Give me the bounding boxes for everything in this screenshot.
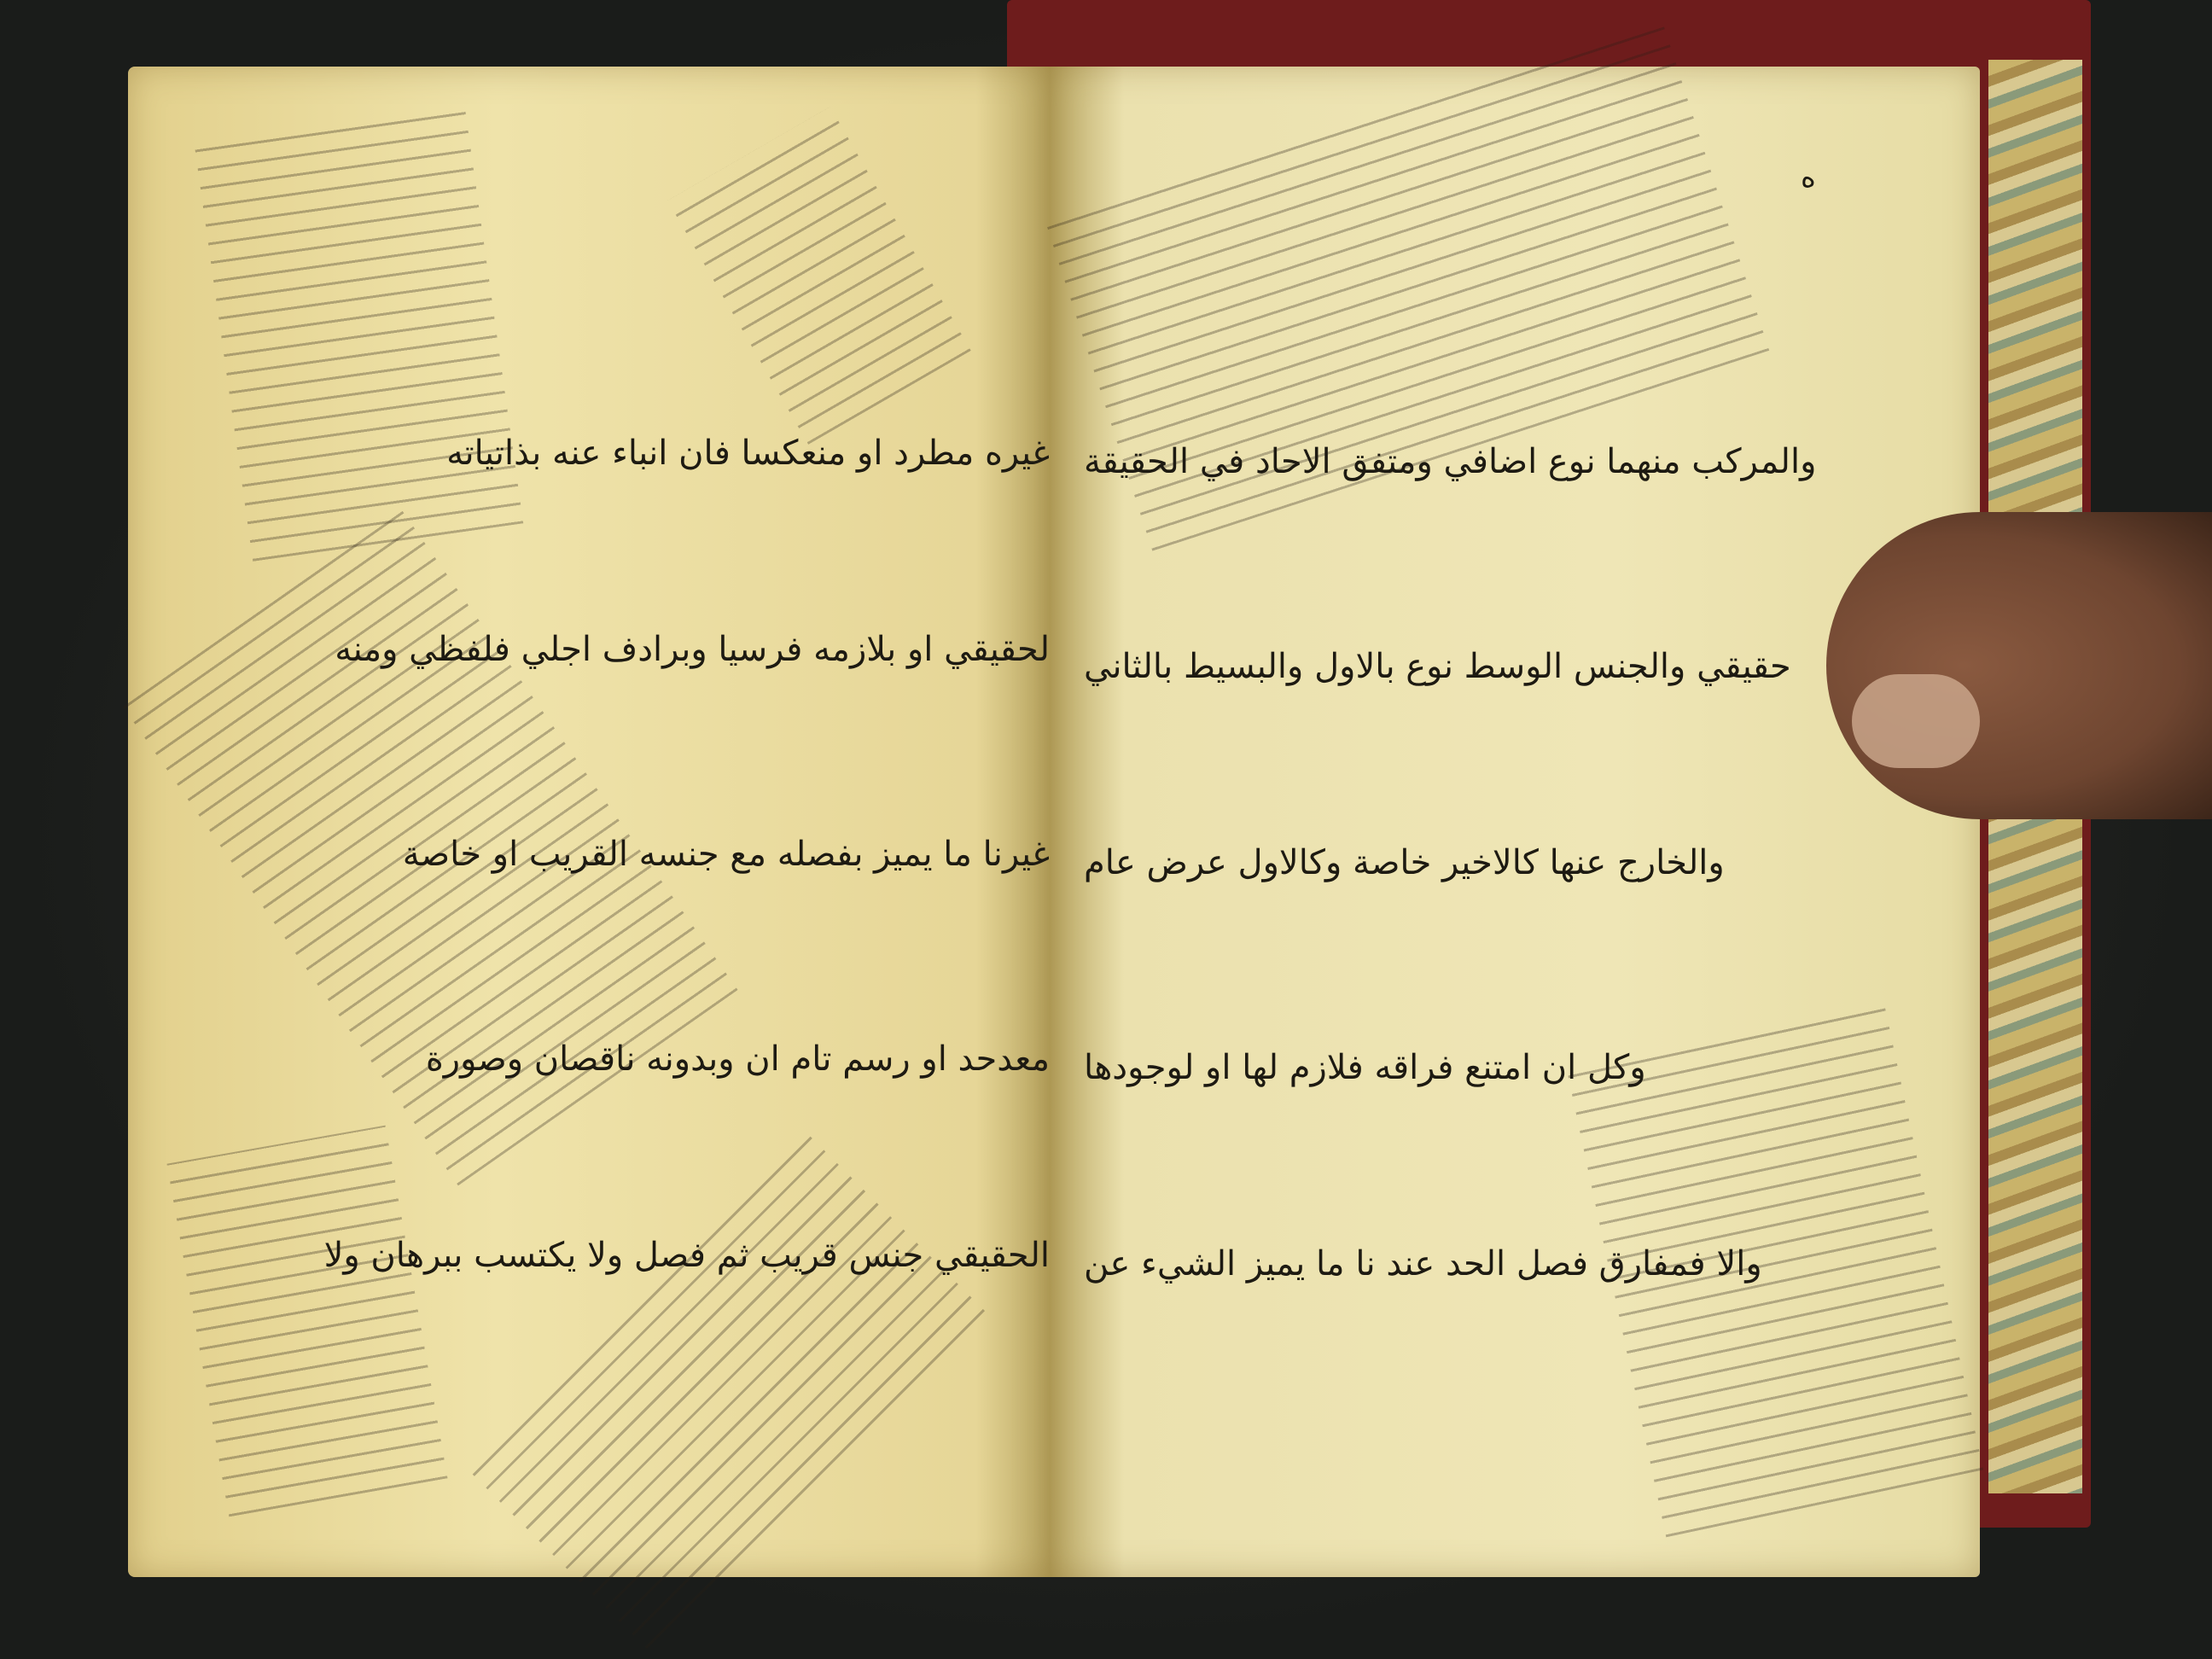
main-text-line: الحقيقي جنس قريب ثم فصل ولا يكتسب ببرهان… bbox=[324, 1236, 1050, 1275]
thumbnail bbox=[1852, 674, 1980, 768]
margin-gloss bbox=[466, 1130, 985, 1649]
main-text-line: والمركب منهما نوع اضافي ومتفق الاحاد في … bbox=[1084, 442, 1816, 481]
left-page: غيره مطرد او منعكسا فان انباء عنه بذاتيا… bbox=[128, 67, 1050, 1577]
thumb bbox=[1826, 512, 2212, 819]
main-text-line: معدحد او رسم تام ان وبدونه ناقصان وصورة bbox=[426, 1039, 1050, 1079]
folio-mark: ه bbox=[1801, 160, 1816, 195]
main-text-line: والا فمفارق فصل الحد عند نا ما يميز الشي… bbox=[1084, 1244, 1762, 1284]
margin-gloss bbox=[667, 107, 971, 445]
main-text-line: لحقيقي او بلازمه فرسيا وبرادف اجلي فلفظي… bbox=[335, 630, 1050, 669]
margin-gloss bbox=[194, 101, 523, 562]
right-page: والمركب منهما نوع اضافي ومتفق الاحاد في … bbox=[1050, 67, 1980, 1577]
main-text-line: وكل ان امتنع فراقه فلازم لها او لوجودها bbox=[1084, 1048, 1646, 1087]
main-text-line: حقيقي والجنس الوسط نوع بالاول والبسيط با… bbox=[1084, 647, 1791, 686]
main-text-line: غيره مطرد او منعكسا فان انباء عنه بذاتيا… bbox=[446, 434, 1050, 473]
main-text-line: غيرنا ما يميز بفصله مع جنسه القريب او خا… bbox=[403, 835, 1050, 874]
margin-gloss bbox=[167, 1126, 448, 1517]
main-text-line: والخارج عنها كالاخير خاصة وكالاول عرض عا… bbox=[1084, 843, 1725, 882]
